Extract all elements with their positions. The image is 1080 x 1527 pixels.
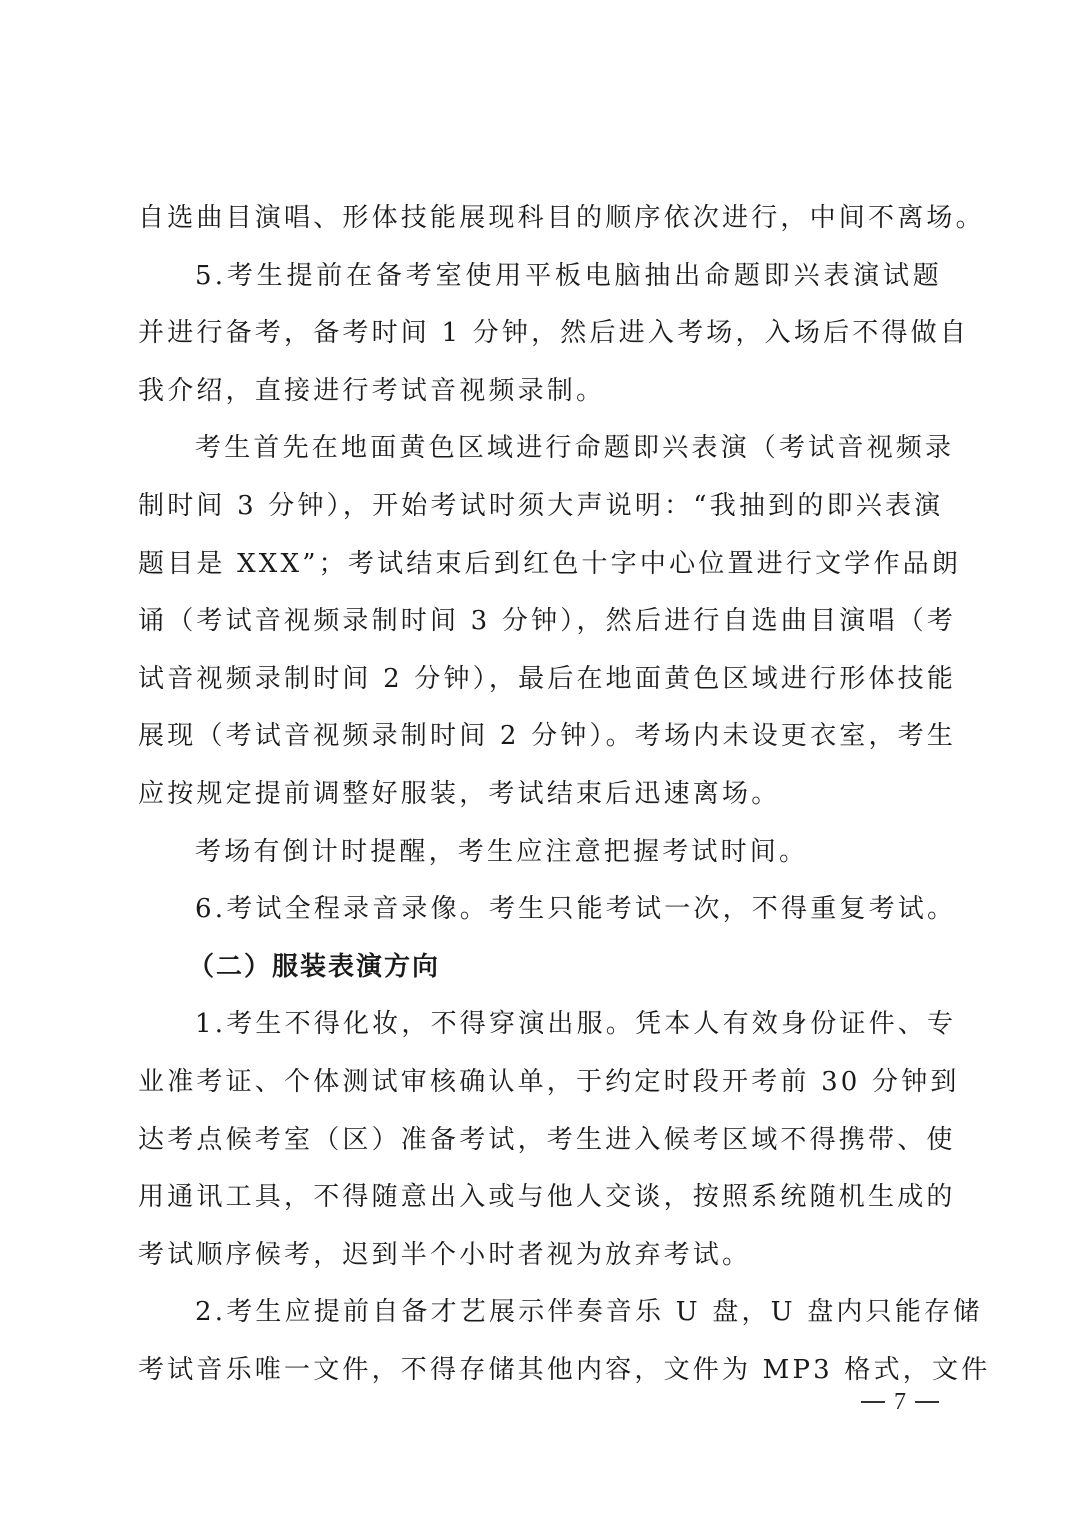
- section-heading: （二）服装表演方向: [138, 939, 942, 997]
- paragraph-line: 考生首先在地面黄色区域进行命题即兴表演（考试音视频录: [138, 420, 942, 478]
- dash-left: [861, 1401, 885, 1403]
- page-number: 7: [850, 1382, 950, 1422]
- paragraph-line: 并进行备考，备考时间 1 分钟，然后进入考场，入场后不得做自: [138, 305, 942, 363]
- paragraph-line: 1.考生不得化妆，不得穿演出服。凭本人有效身份证件、专: [138, 996, 942, 1054]
- paragraph-line: 自选曲目演唱、形体技能展现科目的顺序依次进行，中间不离场。: [138, 190, 942, 248]
- document-body: 自选曲目演唱、形体技能展现科目的顺序依次进行，中间不离场。 5.考生提前在备考室…: [138, 190, 942, 1399]
- paragraph-line: 考场有倒计时提醒，考生应注意把握考试时间。: [138, 824, 942, 882]
- paragraph-line: 用通讯工具，不得随意出入或与他人交谈，按照系统随机生成的: [138, 1169, 942, 1227]
- paragraph-line: 题目是 XXX”；考试结束后到红色十字中心位置进行文学作品朗: [138, 536, 942, 594]
- paragraph-line: 展现（考试音视频录制时间 2 分钟）。考场内未设更衣室，考生: [138, 708, 942, 766]
- paragraph-line: 考试顺序候考，迟到半个小时者视为放弃考试。: [138, 1227, 942, 1285]
- paragraph-line: 制时间 3 分钟），开始考试时须大声说明：“我抽到的即兴表演: [138, 478, 942, 536]
- paragraph-line: 应按规定提前调整好服装，考试结束后迅速离场。: [138, 766, 942, 824]
- paragraph-line: 达考点候考室（区）准备考试，考生进入候考区域不得携带、使: [138, 1112, 942, 1170]
- document-page: 自选曲目演唱、形体技能展现科目的顺序依次进行，中间不离场。 5.考生提前在备考室…: [0, 0, 1080, 1527]
- paragraph-line: 2.考生应提前自备才艺展示伴奏音乐 U 盘，U 盘内只能存储: [138, 1284, 942, 1342]
- paragraph-line: 业准考证、个体测试审核确认单，于约定时段开考前 30 分钟到: [138, 1054, 942, 1112]
- paragraph-line: 我介绍，直接进行考试音视频录制。: [138, 363, 942, 421]
- paragraph-line: 诵（考试音视频录制时间 3 分钟），然后进行自选曲目演唱（考: [138, 593, 942, 651]
- paragraph-line: 考试音乐唯一文件，不得存储其他内容，文件为 MP3 格式，文件: [138, 1342, 942, 1400]
- paragraph-line: 5.考生提前在备考室使用平板电脑抽出命题即兴表演试题: [138, 248, 942, 306]
- page-number-value: 7: [894, 1389, 906, 1416]
- paragraph-line: 试音视频录制时间 2 分钟），最后在地面黄色区域进行形体技能: [138, 651, 942, 709]
- paragraph-line: 6.考试全程录音录像。考生只能考试一次，不得重复考试。: [138, 881, 942, 939]
- dash-right: [915, 1401, 939, 1403]
